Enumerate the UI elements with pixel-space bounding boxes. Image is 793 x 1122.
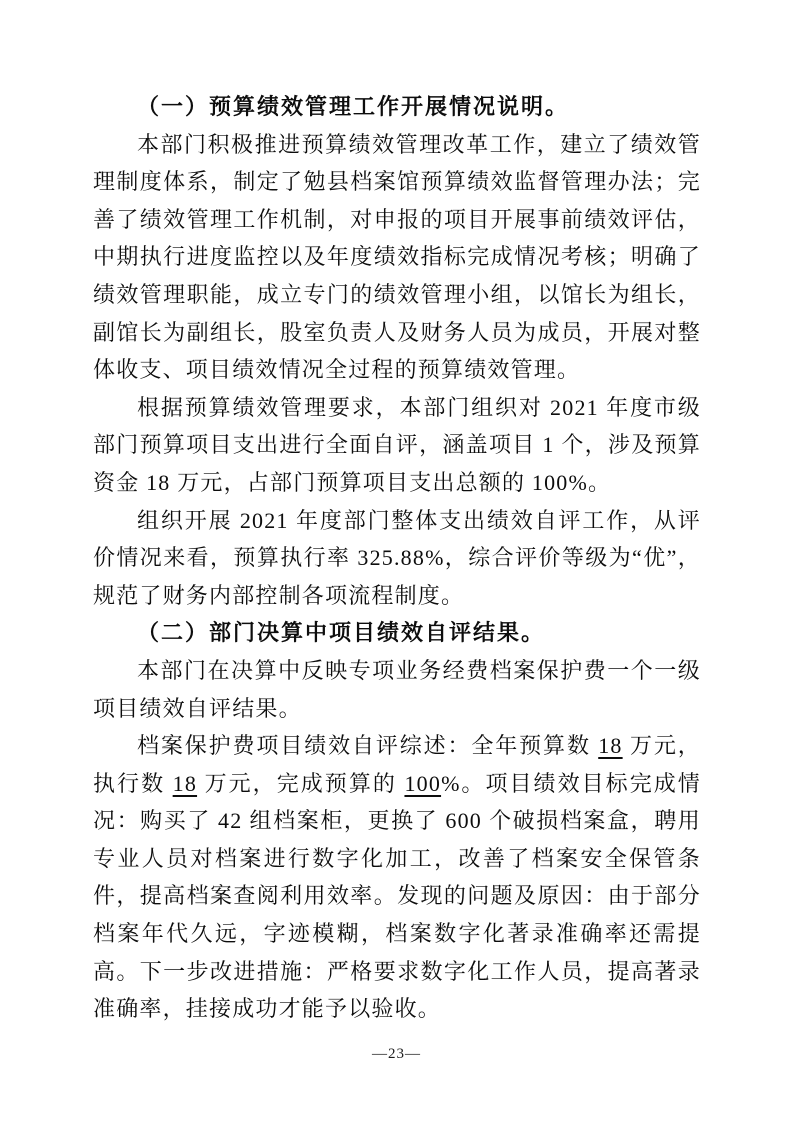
paragraph-performance-management-overview: 本部门积极推进预算绩效管理改革工作，建立了绩效管理制度体系，制定了勉县档案馆预算… (93, 126, 701, 389)
text-segment: 万元，完成预算的 (197, 771, 404, 796)
document-body: （一）预算绩效管理工作开展情况说明。 本部门积极推进预算绩效管理改革工作，建立了… (93, 88, 701, 1028)
paragraph-final-accounts-project: 本部门在决算中反映专项业务经费档案保护费一个一级项目绩效自评结果。 (93, 652, 701, 727)
text-segment: %。项目绩效目标完成情况：购买了 42 组档案柜，更换了 600 个破损档案盒，… (93, 771, 701, 1022)
section-heading-budget-performance-management: （一）预算绩效管理工作开展情况说明。 (93, 88, 701, 126)
page-number: —23— (0, 1046, 793, 1063)
section-heading-project-self-evaluation-results: （二）部门决算中项目绩效自评结果。 (93, 614, 701, 652)
paragraph-project-expenditure-self-assessment: 根据预算绩效管理要求，本部门组织对 2021 年度市级部门预算项目支出进行全面自… (93, 389, 701, 502)
paragraph-archive-protection-fee-evaluation: 档案保护费项目绩效自评综述：全年预算数 18 万元，执行数 18 万元，完成预算… (93, 727, 701, 1028)
paragraph-overall-expenditure-self-assessment: 组织开展 2021 年度部门整体支出绩效自评工作，从评价情况来看，预算执行率 3… (93, 502, 701, 615)
underlined-budget-amount: 18 (598, 733, 622, 758)
text-segment: 档案保护费项目绩效自评综述：全年预算数 (137, 733, 598, 758)
underlined-completion-percent: 100 (404, 771, 441, 796)
document-page: （一）预算绩效管理工作开展情况说明。 本部门积极推进预算绩效管理改革工作，建立了… (0, 0, 793, 1122)
underlined-execution-amount: 18 (173, 771, 197, 796)
